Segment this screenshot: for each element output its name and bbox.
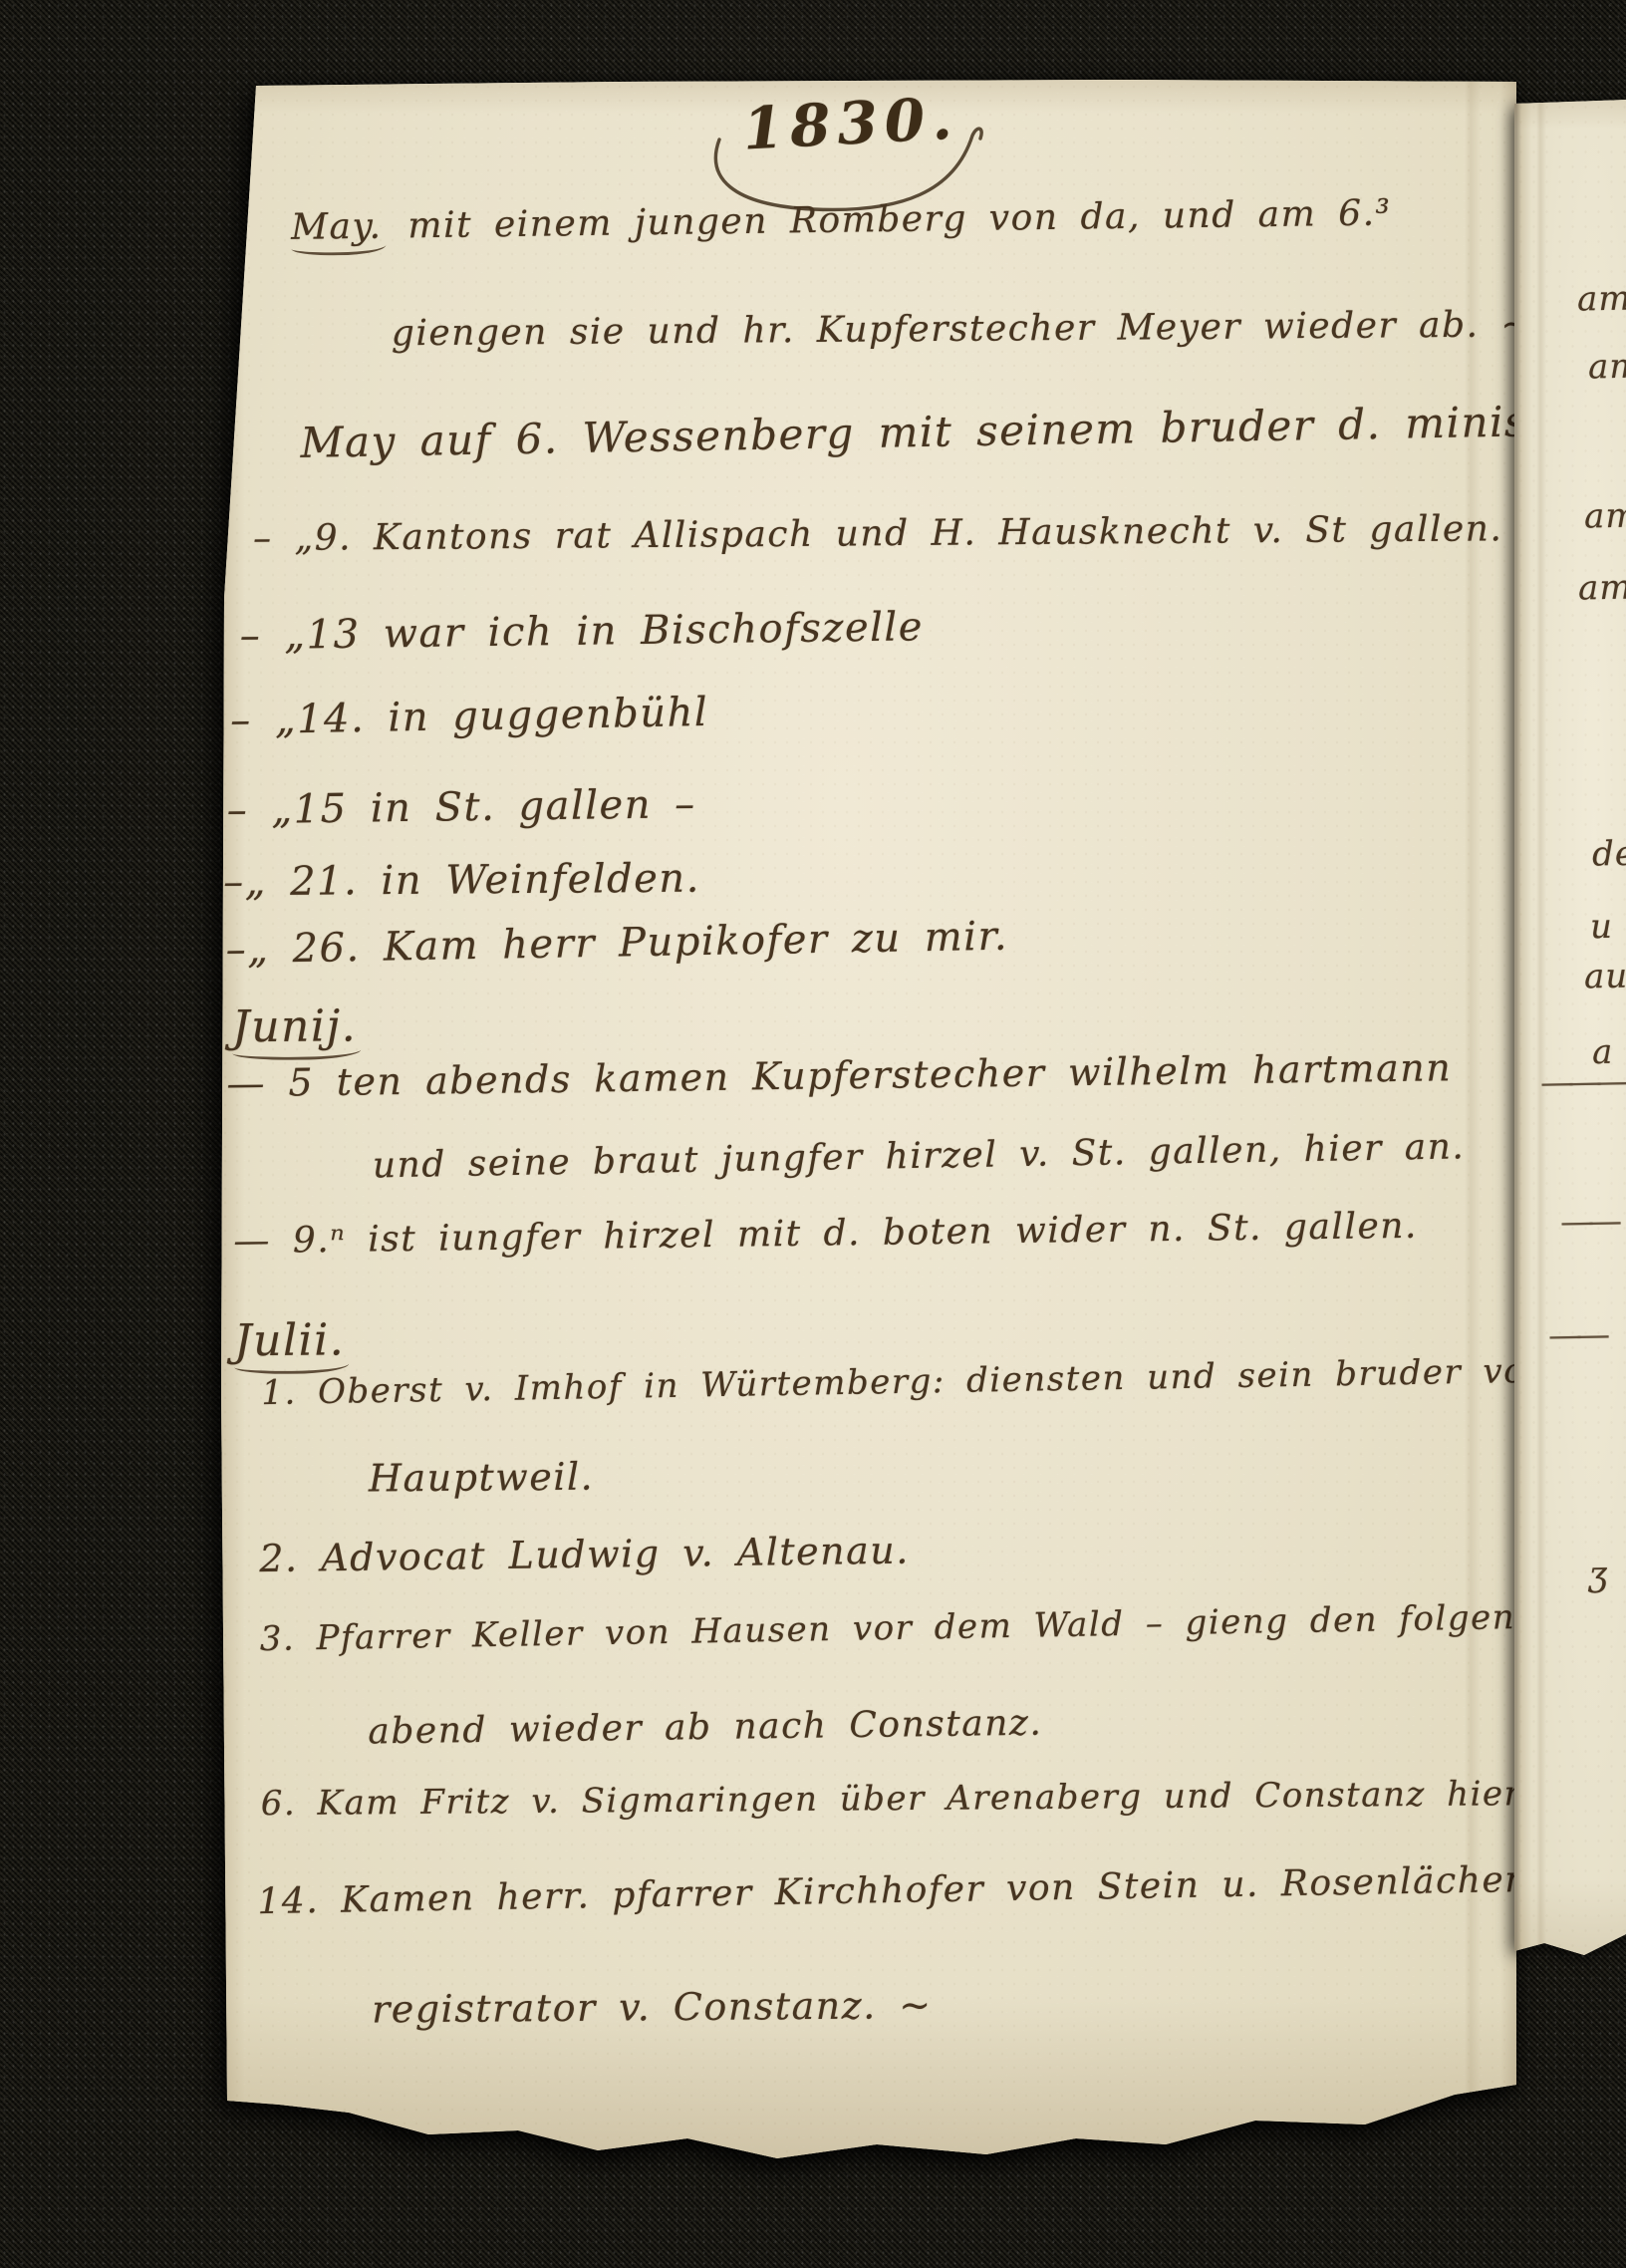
line-text: und seine braut jungfer hirzel v. St. ga… (373, 1126, 1466, 1186)
line-text: – „15 in St. gallen – (226, 781, 695, 833)
line-text: 1. Oberst v. Imhof in Würtemberg: dienst… (261, 1350, 1589, 1413)
manuscript-line: giengen sie und hr. Kupferstecher Meyer … (392, 304, 1533, 354)
month-heading-line: Julii. (234, 1314, 350, 1374)
manuscript-line: –„ 21. in Weinfelden. (223, 856, 700, 906)
line-text: – „13 war ich in Bischofszelle (239, 604, 924, 659)
manuscript-line: 1. Oberst v. Imhof in Würtemberg: dienst… (261, 1350, 1589, 1413)
adjacent-page-paper: amamamamderuaua———————ʒ (1514, 100, 1626, 1993)
manuscript-line: und seine braut jungfer hirzel v. St. ga… (373, 1126, 1466, 1186)
month-label: Junij. (232, 1000, 361, 1060)
adjacent-page-fragment: am (1584, 496, 1626, 537)
manuscript-line: May. mit einem jungen Romberg von da, un… (291, 192, 1392, 255)
line-text: – „9. Kantons rat Allispach und H. Hausk… (253, 508, 1503, 559)
manuscript-line: – „14. in guggenbühl (230, 690, 709, 743)
manuscript-line: 6. Kam Fritz v. Sigmaringen über Arenabe… (261, 1774, 1601, 1825)
manuscript-line: — 5 ten abends kamen Kupferstecher wilhe… (226, 1045, 1452, 1105)
manuscript-line: – „15 in St. gallen – (226, 781, 695, 833)
manuscript-text-lines: May. mit einem jungen Romberg von da, un… (218, 72, 1528, 2164)
month-label: Julii. (234, 1314, 350, 1374)
line-text: mit einem jungen Romberg von da, und am … (386, 192, 1392, 246)
line-text: Hauptweil. (369, 1455, 595, 1501)
line-text: –„ 26. Kam herr Pupikofer zu mir. (225, 914, 1008, 974)
manuscript-line: abend wieder ab nach Constanz. (368, 1703, 1042, 1753)
line-text: giengen sie und hr. Kupferstecher Meyer … (392, 304, 1533, 354)
month-label: May. (291, 206, 387, 256)
line-text: 2. Advocat Ludwig v. Altenau. (259, 1529, 910, 1581)
line-text: – „14. in guggenbühl (230, 690, 709, 743)
line-text: 3. Pfarrer Keller von Hausen vor dem Wal… (259, 1596, 1583, 1659)
manuscript-line: –„ 26. Kam herr Pupikofer zu mir. (225, 914, 1008, 974)
line-text: registrator v. Constanz. ~ (372, 1983, 933, 2031)
adjacent-page-fragment: der (1592, 833, 1626, 874)
adjacent-page-fragment: u (1590, 907, 1614, 947)
adjacent-page-edge: amamamamderuaua———————ʒ (1514, 100, 1626, 1993)
adjacent-page-fragment: —— (1560, 1202, 1617, 1243)
adjacent-page-fragment: au (1584, 957, 1626, 997)
manuscript-paper: 1830. May. mit einem jungen Romberg von … (219, 80, 1516, 2164)
manuscript-line: 14. Kamen herr. pfarrer Kirchhofer von S… (257, 1859, 1523, 1922)
adjacent-page-fragment: am (1578, 568, 1626, 609)
manuscript-line: Hauptweil. (369, 1455, 595, 1501)
line-text: — 9.ⁿ ist iungfer hirzel mit d. boten wi… (233, 1206, 1418, 1263)
line-text: 14. Kamen herr. pfarrer Kirchhofer von S… (257, 1859, 1523, 1922)
adjacent-page-fragment: —— (1548, 1315, 1605, 1356)
manuscript-page: 1830. May. mit einem jungen Romberg von … (219, 80, 1516, 2164)
line-text: abend wieder ab nach Constanz. (368, 1703, 1042, 1753)
manuscript-line: — 9.ⁿ ist iungfer hirzel mit d. boten wi… (233, 1206, 1418, 1263)
manuscript-line: 3. Pfarrer Keller von Hausen vor dem Wal… (259, 1596, 1583, 1659)
line-text: May auf 6. Wessenberg mit seinem bruder … (300, 396, 1604, 467)
adjacent-page-fragment: am (1588, 347, 1626, 388)
manuscript-line: – „9. Kantons rat Allispach und H. Hausk… (253, 508, 1503, 559)
adjacent-page-fragment: am (1577, 279, 1626, 320)
photo-backdrop: 1830. May. mit einem jungen Romberg von … (0, 0, 1626, 2268)
month-heading-line: Junij. (232, 1000, 361, 1060)
manuscript-line: May auf 6. Wessenberg mit seinem bruder … (300, 396, 1604, 467)
manuscript-line: – „13 war ich in Bischofszelle (239, 604, 924, 659)
line-text: — 5 ten abends kamen Kupferstecher wilhe… (226, 1045, 1452, 1105)
line-text: 6. Kam Fritz v. Sigmaringen über Arenabe… (261, 1774, 1601, 1825)
adjacent-page-fragment: ——— (1540, 1061, 1625, 1102)
manuscript-line: registrator v. Constanz. ~ (372, 1983, 933, 2031)
manuscript-line: 2. Advocat Ludwig v. Altenau. (259, 1529, 910, 1581)
adjacent-page-fragment: ʒ (1588, 1555, 1609, 1594)
line-text: –„ 21. in Weinfelden. (223, 856, 700, 906)
